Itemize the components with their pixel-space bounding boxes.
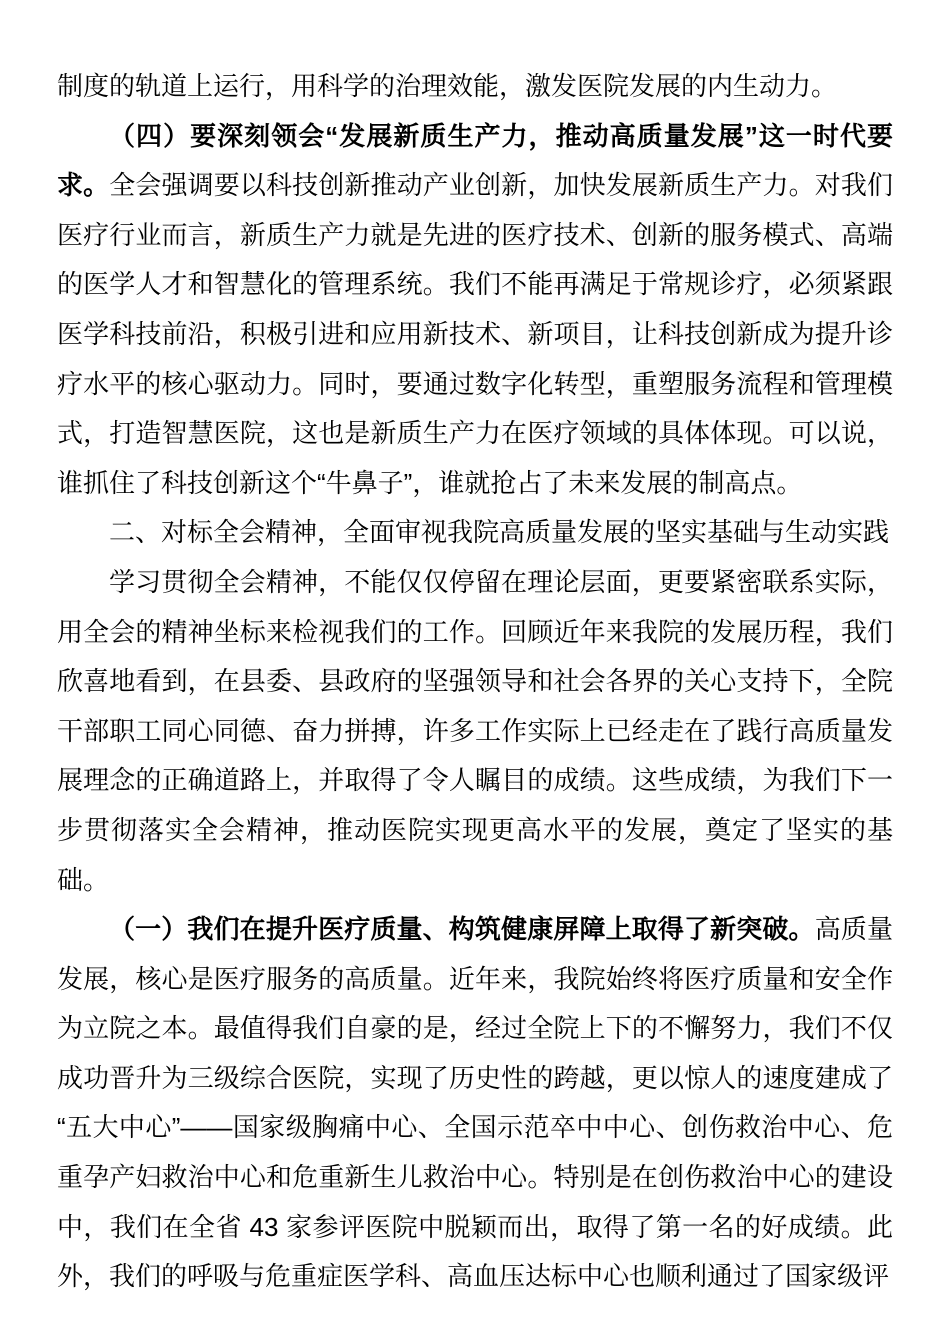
paragraph-point-four: （四）要深刻领会“发展新质生产力，推动高质量发展”这一时代要求。全会强调要以科技… (57, 112, 893, 509)
document-body: 制度的轨道上运行，用科学的治理效能，激发医院发展的内生动力。（四）要深刻领会“发… (57, 62, 893, 1302)
bold-text-run: （一）我们在提升医疗质量、构筑健康屏障上取得了新突破。 (109, 914, 815, 944)
paragraph-section-two-intro: 学习贯彻全会精神，不能仅仅停留在理论层面，更要紧密联系实际，用全会的精神坐标来检… (57, 558, 893, 905)
text-run: 高质量发展，核心是医疗服务的高质量。近年来，我院始终将医疗质量和安全作为立院之本… (57, 914, 893, 1291)
paragraph-continuation: 制度的轨道上运行，用科学的治理效能，激发医院发展的内生动力。 (57, 62, 893, 112)
text-run: 制度的轨道上运行，用科学的治理效能，激发医院发展的内生动力。 (57, 71, 837, 101)
paragraph-point-one: （一）我们在提升医疗质量、构筑健康屏障上取得了新突破。高质量发展，核心是医疗服务… (57, 905, 893, 1302)
document-page: 制度的轨道上运行，用科学的治理效能，激发医院发展的内生动力。（四）要深刻领会“发… (0, 0, 950, 1344)
text-run: 学习贯彻全会精神，不能仅仅停留在理论层面，更要紧密联系实际，用全会的精神坐标来检… (57, 567, 893, 895)
heading-section-two: 二、对标全会精神，全面审视我院高质量发展的坚实基础与生动实践 (57, 508, 893, 558)
text-run: 全会强调要以科技创新推动产业创新，加快发展新质生产力。对我们医疗行业而言，新质生… (57, 170, 893, 498)
text-run: 二、对标全会精神，全面审视我院高质量发展的坚实基础与生动实践 (109, 517, 889, 547)
